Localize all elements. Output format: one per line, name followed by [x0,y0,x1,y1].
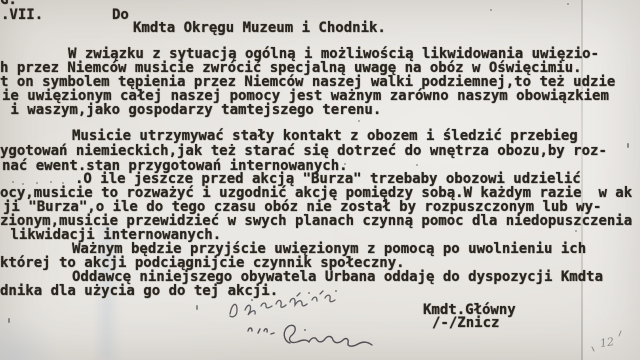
scan-speck [344,163,346,165]
page-number-note: 12 [599,335,615,350]
scan-speck [575,230,577,232]
handwritten-certification [230,290,337,317]
scan-speck [50,181,52,183]
handwritten-signature [248,325,372,346]
scan-speck [36,182,38,184]
scan-speck [22,183,24,185]
scan-speck [490,9,492,11]
scan-speck [416,164,418,166]
scan-mark [196,305,198,310]
scan-speck [567,3,569,5]
scan-mark [8,318,10,323]
scanned-letter: G. .VII. Do Kmdta Okręgu Muzeum i Chodni… [0,0,640,360]
handwriting-layer [0,0,640,360]
scan-mark [627,143,629,148]
scan-speck [12,181,14,183]
scan-speck [358,120,360,122]
scan-speck [62,182,64,184]
